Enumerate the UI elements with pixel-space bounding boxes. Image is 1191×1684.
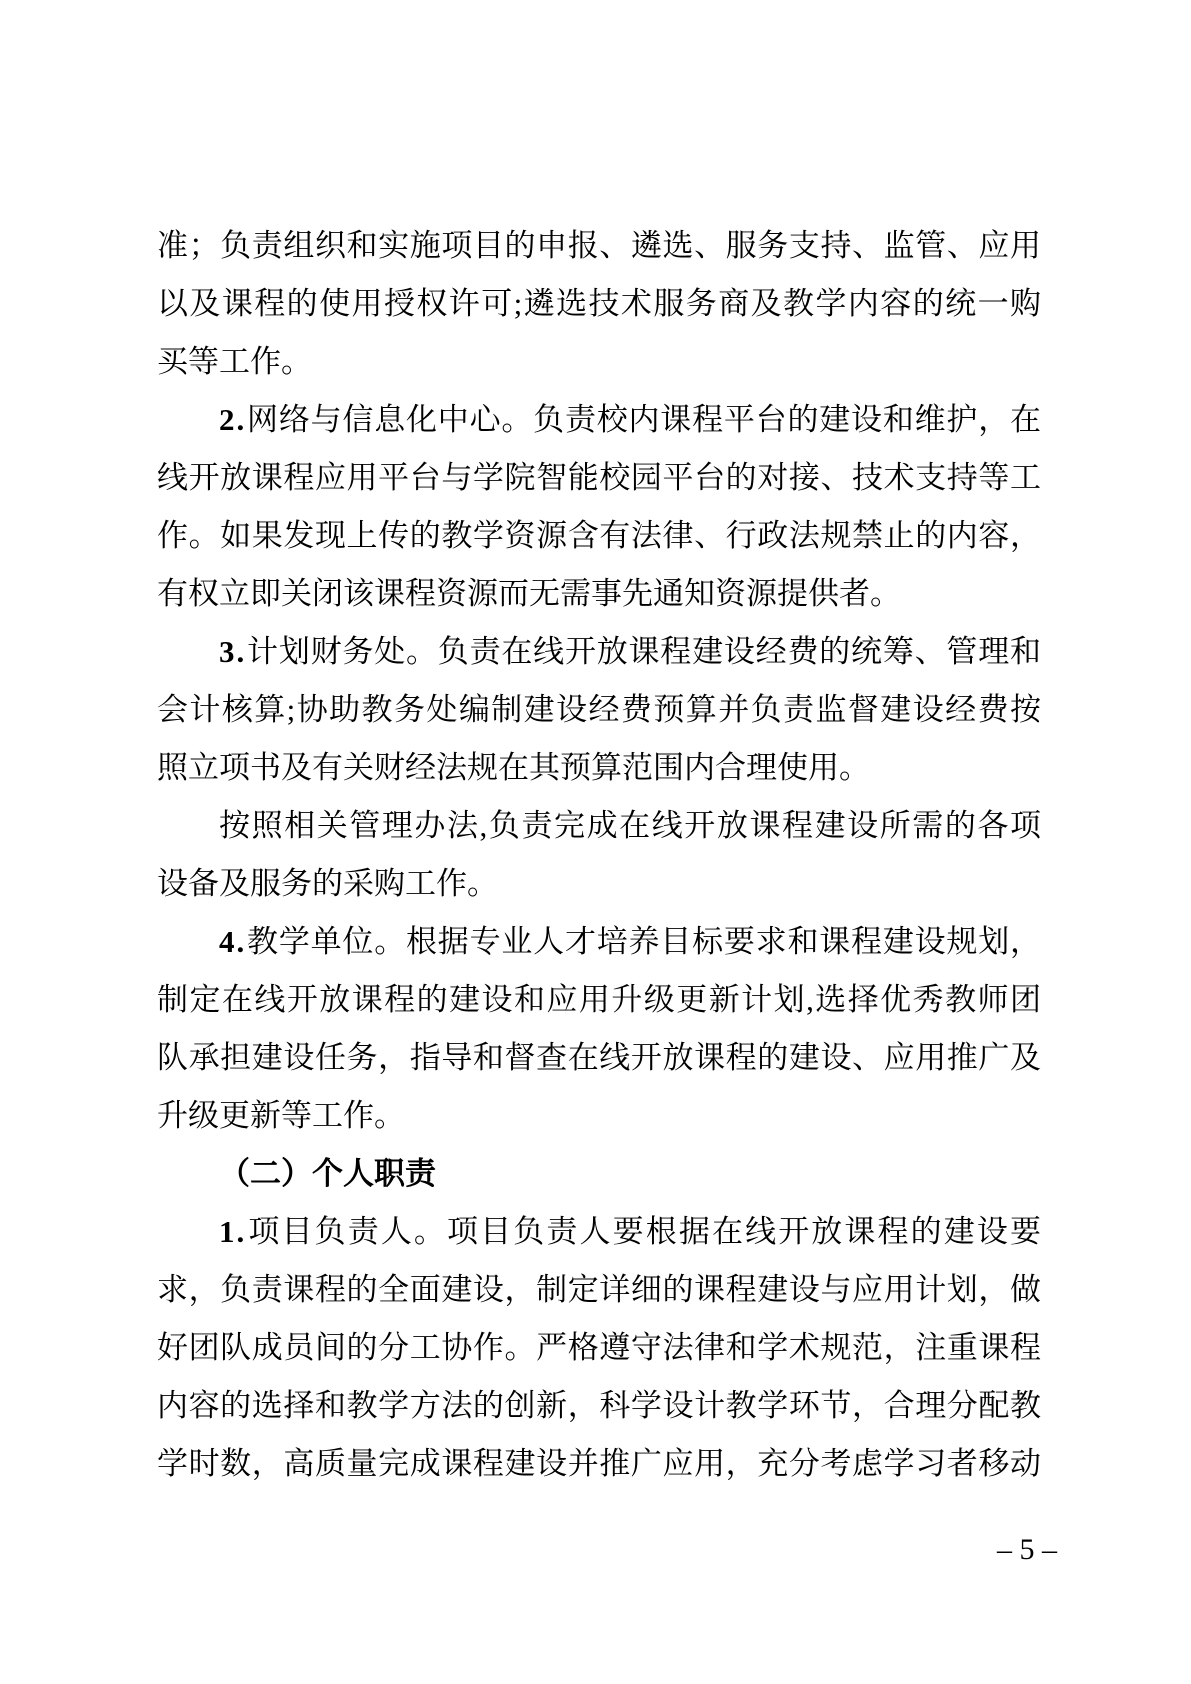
text-line: 3.计划财务处。负责在线开放课程建设经费的统筹、管理和 <box>157 623 1041 681</box>
text-line: 学时数，高质量完成课程建设并推广应用，充分考虑学习者移动 <box>157 1435 1041 1493</box>
text-line: 会计核算;协助教务处编制建设经费预算并负责监督建设经费按 <box>157 681 1041 739</box>
text-line: 作。如果发现上传的教学资源含有法律、行政法规禁止的内容， <box>157 507 1041 565</box>
text-line: 设备及服务的采购工作。 <box>157 855 1041 913</box>
text-line: 求，负责课程的全面建设，制定详细的课程建设与应用计划，做 <box>157 1261 1041 1319</box>
document-page: 准；负责组织和实施项目的申报、遴选、服务支持、监管、应用以及课程的使用授权许可;… <box>0 0 1191 1684</box>
section-heading: （二）个人职责 <box>157 1145 1041 1203</box>
text-line: 买等工作。 <box>157 333 1041 391</box>
text-line: 准；负责组织和实施项目的申报、遴选、服务支持、监管、应用 <box>157 217 1041 275</box>
list-number: 1. <box>219 1214 246 1249</box>
text-line: 1.项目负责人。项目负责人要根据在线开放课程的建设要 <box>157 1203 1041 1261</box>
list-number: 2. <box>219 402 246 437</box>
list-number: 3. <box>219 634 246 669</box>
text-line: 制定在线开放课程的建设和应用升级更新计划,选择优秀教师团 <box>157 971 1041 1029</box>
page-number: – 5 – <box>157 1532 1057 1568</box>
document-body: 准；负责组织和实施项目的申报、遴选、服务支持、监管、应用以及课程的使用授权许可;… <box>157 217 1041 1493</box>
list-number: 4. <box>219 924 246 959</box>
text-line: 线开放课程应用平台与学院智能校园平台的对接、技术支持等工 <box>157 449 1041 507</box>
text-line: 照立项书及有关财经法规在其预算范围内合理使用。 <box>157 739 1041 797</box>
text-line: 好团队成员间的分工协作。严格遵守法律和学术规范，注重课程 <box>157 1319 1041 1377</box>
text-line: 按照相关管理办法,负责完成在线开放课程建设所需的各项 <box>157 797 1041 855</box>
text-line: 以及课程的使用授权许可;遴选技术服务商及教学内容的统一购 <box>157 275 1041 333</box>
text-line: 4.教学单位。根据专业人才培养目标要求和课程建设规划， <box>157 913 1041 971</box>
text-line: 有权立即关闭该课程资源而无需事先通知资源提供者。 <box>157 565 1041 623</box>
text-line: 内容的选择和教学方法的创新，科学设计教学环节，合理分配教 <box>157 1377 1041 1435</box>
text-line: 升级更新等工作。 <box>157 1087 1041 1145</box>
text-line: 2.网络与信息化中心。负责校内课程平台的建设和维护，在 <box>157 391 1041 449</box>
text-line: 队承担建设任务，指导和督查在线开放课程的建设、应用推广及 <box>157 1029 1041 1087</box>
